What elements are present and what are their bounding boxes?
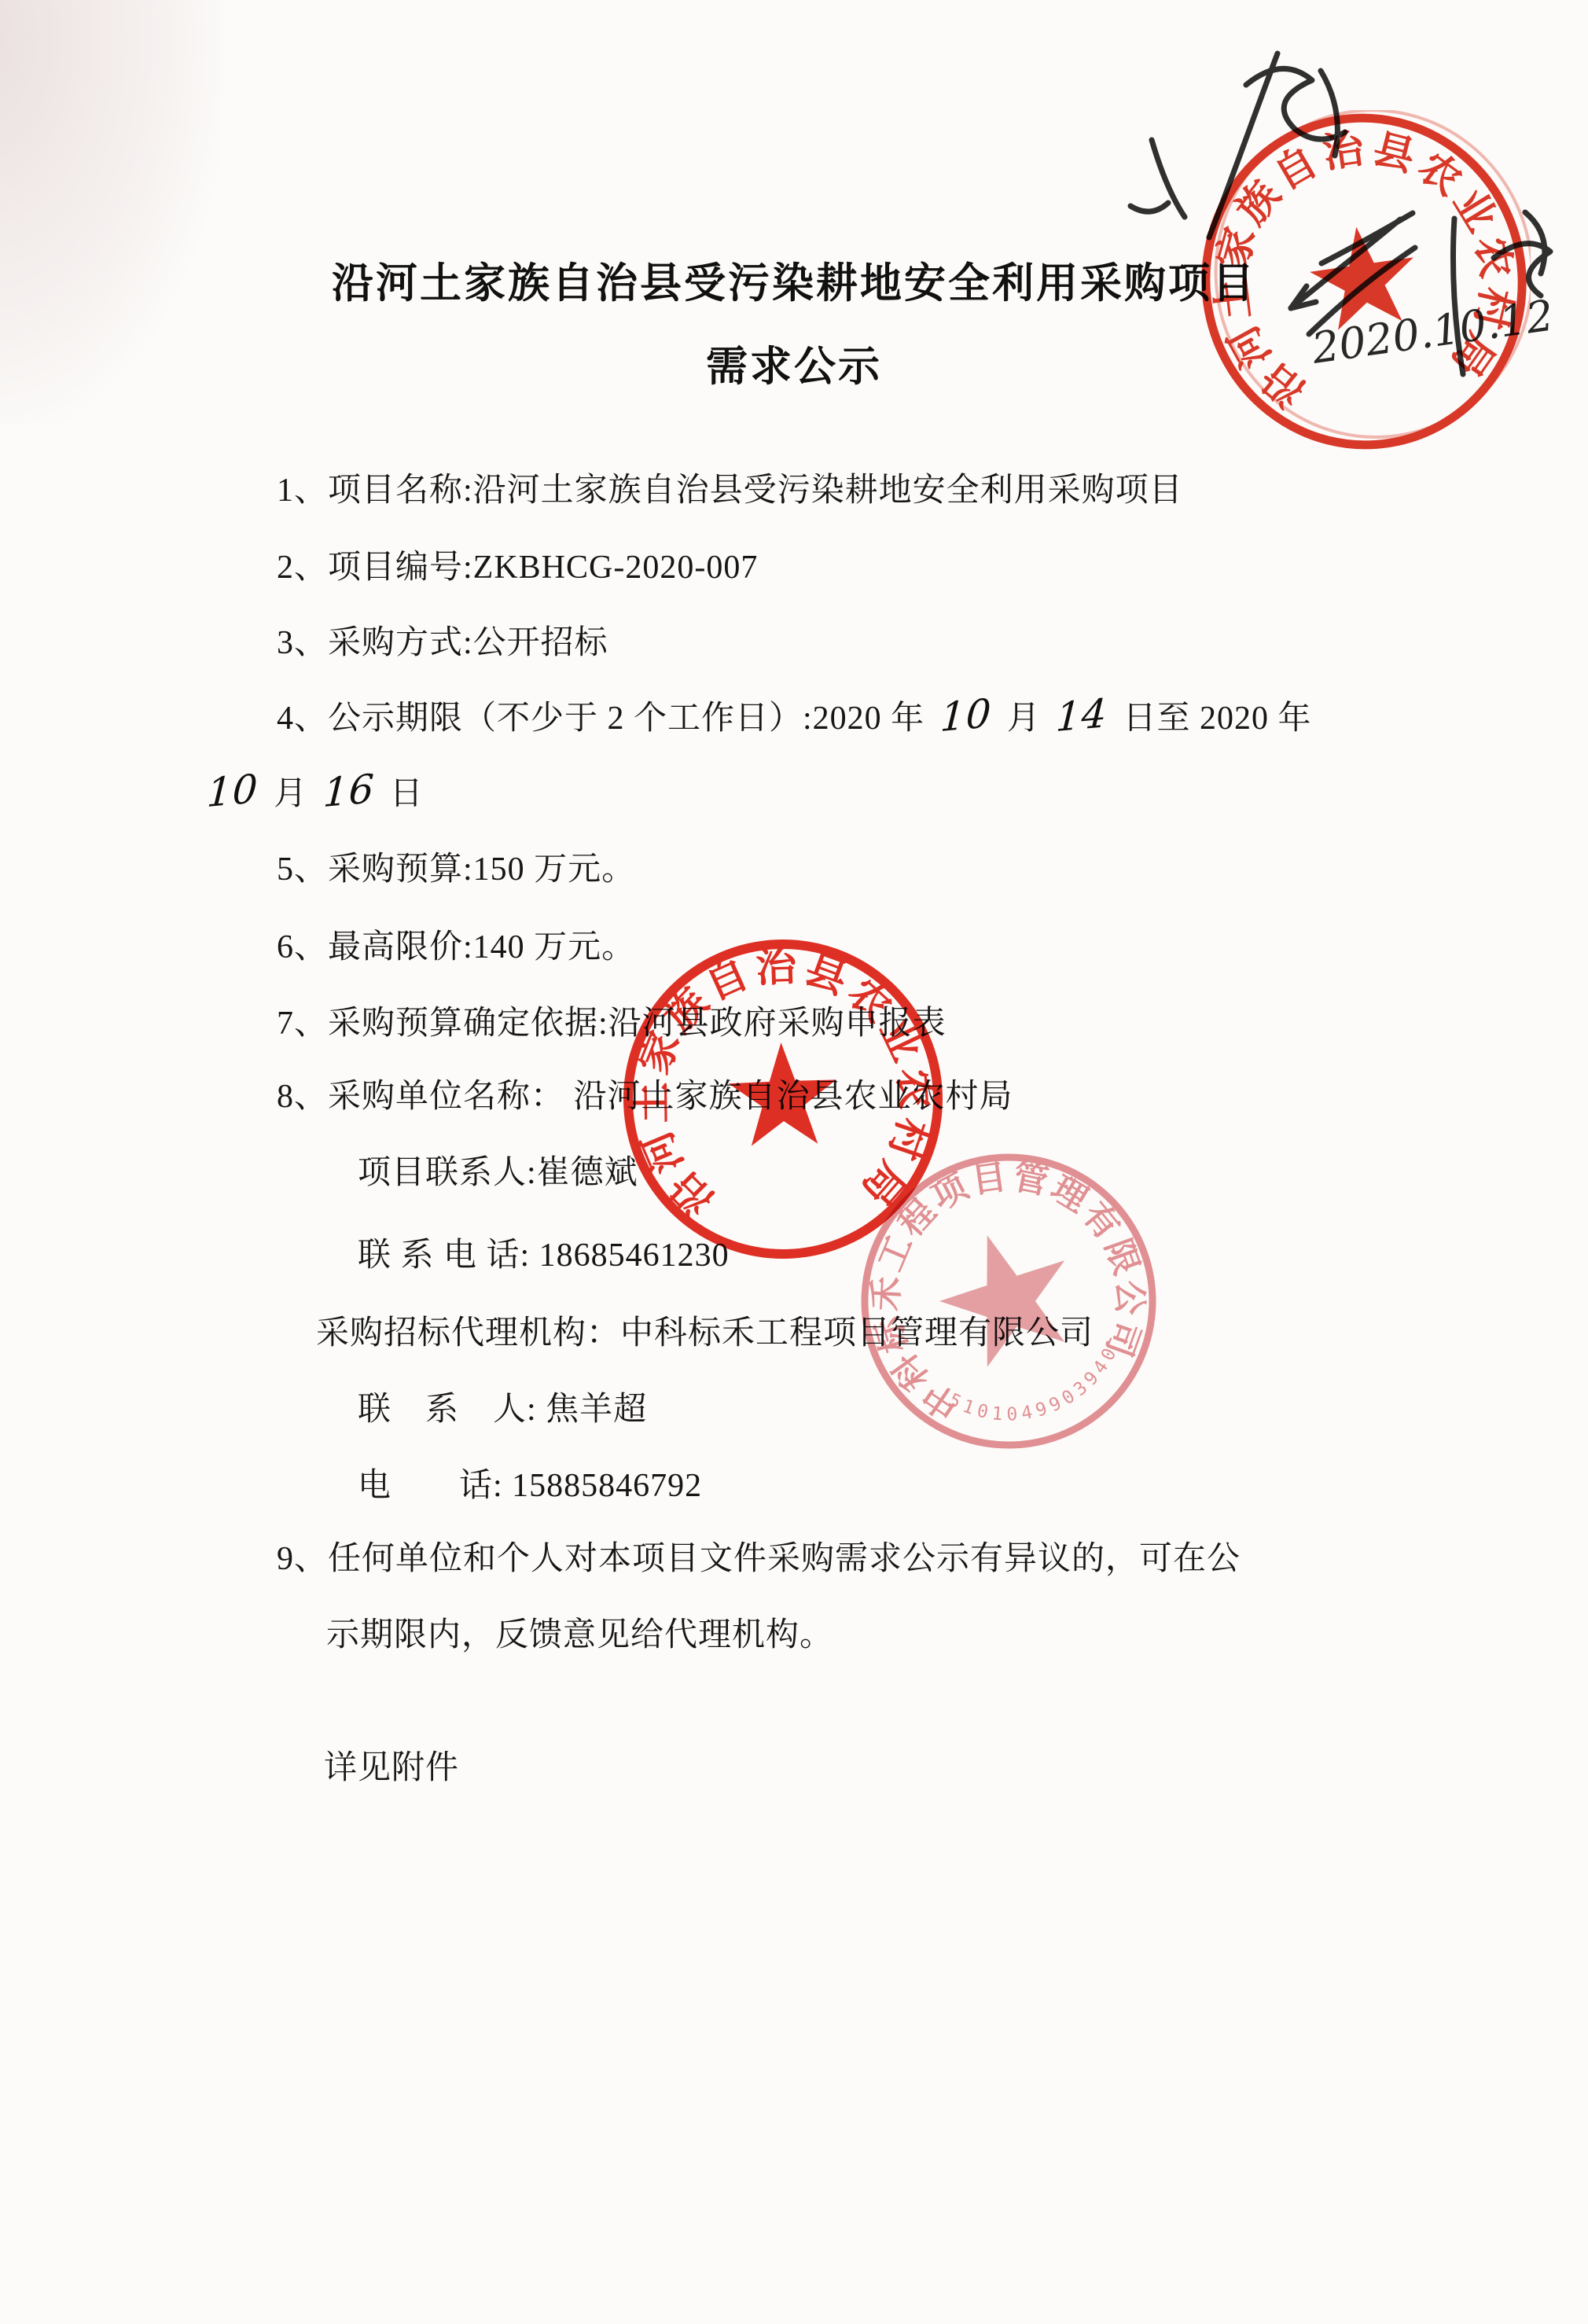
item-4-printed-end: 日至 2020 年 <box>1123 701 1311 737</box>
item-4-publicity-period: 4、公示期限（不少于 2 个工作日）:2020 年 10 月 14 日至 202… <box>277 692 1311 739</box>
item-3-procurement-method: 3、采购方式:公开招标 <box>277 616 608 664</box>
item-4-printed-month: 月 <box>1007 701 1041 737</box>
star-icon <box>727 1041 838 1147</box>
item-6-price-ceiling: 6、最高限价:140 万元。 <box>277 921 635 968</box>
handwritten-signature: 2020.10.12 <box>1085 24 1588 480</box>
item-9-objection-line1: 9、任何单位和个人对本项目文件采购需求公示有异议的，可在公 <box>277 1532 1241 1579</box>
handwritten-month-start: 10 <box>939 690 992 741</box>
item-4-printed-start: 4、公示期限（不少于 2 个工作日）:2020 年 <box>277 701 924 737</box>
agency-contact: 联 系 人: 焦羊超 <box>358 1383 647 1430</box>
handwritten-month-end: 10 <box>206 766 259 816</box>
official-stamp-agency: 中科标禾工程项目管理有限公司 5101049903940 <box>855 1148 1162 1454</box>
handwritten-day-end: 16 <box>322 766 375 816</box>
star-icon <box>924 1215 1088 1374</box>
attachment-note: 详见附件 <box>324 1741 459 1789</box>
handwritten-day-start: 14 <box>1055 690 1108 741</box>
item-2-project-number: 2、项目编号:ZKBHCG-2020-007 <box>277 541 758 588</box>
item-5-budget: 5、采购预算:150 万元。 <box>277 843 635 890</box>
agency-phone: 电 话: 15885846792 <box>358 1459 702 1506</box>
scanned-document-page: 沿河土家族自治县受污染耕地安全利用采购项目 需求公示 1、项目名称:沿河土家族自… <box>0 0 1588 2324</box>
purchaser-contact: 项目联系人:崔德斌 <box>358 1146 638 1193</box>
item-4-period-end-date: 10 月 16 日 <box>200 767 424 815</box>
item-9-objection-line2: 示期限内，反馈意见给代理机构。 <box>326 1609 833 1656</box>
stamp-code-digits: 5101049903940 <box>941 1337 1136 1447</box>
item-1-project-name: 1、项目名称:沿河土家族自治县受污染耕地安全利用采购项目 <box>277 464 1183 511</box>
item-4b-printed-day: 日 <box>390 776 424 812</box>
item-4b-printed-month: 月 <box>274 776 307 812</box>
